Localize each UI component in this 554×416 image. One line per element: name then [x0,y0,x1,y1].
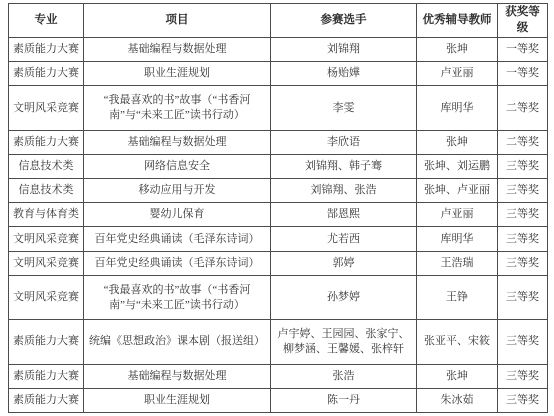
table-cell: 卢亚丽 [417,62,498,86]
table-cell: 教育与体育类 [9,203,84,227]
table-cell: 素质能力大赛 [9,388,84,412]
table-cell: 信息技术类 [9,179,84,203]
table-cell: 张浩 [271,364,417,388]
table-cell: 三等奖 [498,275,548,319]
table-cell: 三等奖 [498,179,548,203]
table-cell: 三等奖 [498,388,548,412]
table-row: 素质能力大赛职业生涯规划陈一丹朱冰茹三等奖 [9,388,548,412]
table-cell: 三等奖 [498,203,548,227]
table-row: 教育与体育类婴幼儿保育郜恩熙卢亚丽三等奖 [9,203,548,227]
table-cell: 基础编程与数据处理 [84,130,271,154]
table-cell: 尤若西 [271,227,417,251]
table-row: 信息技术类网络信息安全刘锦翔、韩子骞张坤、刘运鹏三等奖 [9,154,548,178]
table-cell: 张坤、刘运鹏 [417,154,498,178]
table-cell: 百年党史经典诵读（毛泽东诗词） [84,251,271,275]
table-cell: 文明风采竞赛 [9,227,84,251]
table-cell: 张坤 [417,38,498,62]
table-cell: 统编《思想政治》课本剧（报送组） [84,320,271,364]
table-row: 素质能力大赛基础编程与数据处理刘锦翔张坤一等奖 [9,38,548,62]
table-cell: 卢亚丽 [417,203,498,227]
table-cell: 素质能力大赛 [9,364,84,388]
table-cell: 张坤 [417,364,498,388]
table-cell: 刘锦翔、韩子骞 [271,154,417,178]
table-cell: 婴幼儿保育 [84,203,271,227]
table-cell: 朱冰茹 [417,388,498,412]
table-cell: 王浩瑞 [417,251,498,275]
document-page: 专业项目参赛选手优秀辅导教师获奖等级 素质能力大赛基础编程与数据处理刘锦翔张坤一… [0,0,554,416]
column-header: 参赛选手 [271,4,417,38]
table-cell: 李雯 [271,86,417,130]
table-cell: 文明风采竞赛 [9,86,84,130]
table-cell: 信息技术类 [9,154,84,178]
table-row: 文明风采竞赛百年党史经典诵读（毛泽东诗词）郭婷王浩瑞三等奖 [9,251,548,275]
table-cell: “我最喜欢的书”故事（“书香河南”与“未来工匠”读书行动） [84,275,271,319]
table-row: 文明风采竞赛“我最喜欢的书”故事（“书香河南”与“未来工匠”读书行动）孙梦婷王铮… [9,275,548,319]
table-cell: 基础编程与数据处理 [84,38,271,62]
awards-table: 专业项目参赛选手优秀辅导教师获奖等级 素质能力大赛基础编程与数据处理刘锦翔张坤一… [8,3,548,413]
table-cell: 郭婷 [271,251,417,275]
table-cell: 素质能力大赛 [9,38,84,62]
table-row: 素质能力大赛职业生涯规划杨贻嬅卢亚丽一等奖 [9,62,548,86]
table-cell: 孙梦婷 [271,275,417,319]
table-cell: 素质能力大赛 [9,320,84,364]
table-cell: 刘锦翔 [271,38,417,62]
table-row: 文明风采竞赛“我最喜欢的书”故事（“书香河南”与“未来工匠”读书行动）李雯库明华… [9,86,548,130]
table-cell: 三等奖 [498,364,548,388]
table-cell: 三等奖 [498,227,548,251]
table-row: 素质能力大赛基础编程与数据处理张浩张坤三等奖 [9,364,548,388]
table-cell: 杨贻嬅 [271,62,417,86]
table-cell: 三等奖 [498,251,548,275]
table-cell: 刘锦翔、张浩 [271,179,417,203]
column-header: 优秀辅导教师 [417,4,498,38]
table-row: 素质能力大赛统编《思想政治》课本剧（报送组）卢宇婷、王园园、张家宁、柳梦涵、王馨… [9,320,548,364]
column-header: 专业 [9,4,84,38]
table-cell: 郜恩熙 [271,203,417,227]
table-row: 文明风采竞赛百年党史经典诵读（毛泽东诗词）尤若西库明华三等奖 [9,227,548,251]
table-cell: 库明华 [417,227,498,251]
table-cell: 基础编程与数据处理 [84,364,271,388]
table-cell: 移动应用与开发 [84,179,271,203]
column-header: 获奖等级 [498,4,548,38]
table-cell: 百年党史经典诵读（毛泽东诗词） [84,227,271,251]
table-cell: 三等奖 [498,154,548,178]
table-cell: 库明华 [417,86,498,130]
table-cell: 三等奖 [498,320,548,364]
table-cell: 一等奖 [498,38,548,62]
column-header: 项目 [84,4,271,38]
table-cell: 网络信息安全 [84,154,271,178]
table-cell: 张坤、卢亚丽 [417,179,498,203]
table-cell: 素质能力大赛 [9,130,84,154]
table-cell: 一等奖 [498,62,548,86]
table-body: 素质能力大赛基础编程与数据处理刘锦翔张坤一等奖素质能力大赛职业生涯规划杨贻嬅卢亚… [9,38,548,413]
table-cell: “我最喜欢的书”故事（“书香河南”与“未来工匠”读书行动） [84,86,271,130]
table-cell: 职业生涯规划 [84,62,271,86]
table-cell: 卢宇婷、王园园、张家宁、柳梦涵、王馨媛、张梓轩 [271,320,417,364]
table-row: 信息技术类移动应用与开发刘锦翔、张浩张坤、卢亚丽三等奖 [9,179,548,203]
table-cell: 王铮 [417,275,498,319]
table-cell: 陈一丹 [271,388,417,412]
table-cell: 二等奖 [498,86,548,130]
table-cell: 文明风采竞赛 [9,275,84,319]
table-cell: 素质能力大赛 [9,62,84,86]
table-cell: 张亚平、宋筱 [417,320,498,364]
table-cell: 文明风采竞赛 [9,251,84,275]
header-row: 专业项目参赛选手优秀辅导教师获奖等级 [9,4,548,38]
table-cell: 李欣语 [271,130,417,154]
table-cell: 职业生涯规划 [84,388,271,412]
table-cell: 二等奖 [498,130,548,154]
table-row: 素质能力大赛基础编程与数据处理李欣语张坤二等奖 [9,130,548,154]
table-cell: 张坤 [417,130,498,154]
